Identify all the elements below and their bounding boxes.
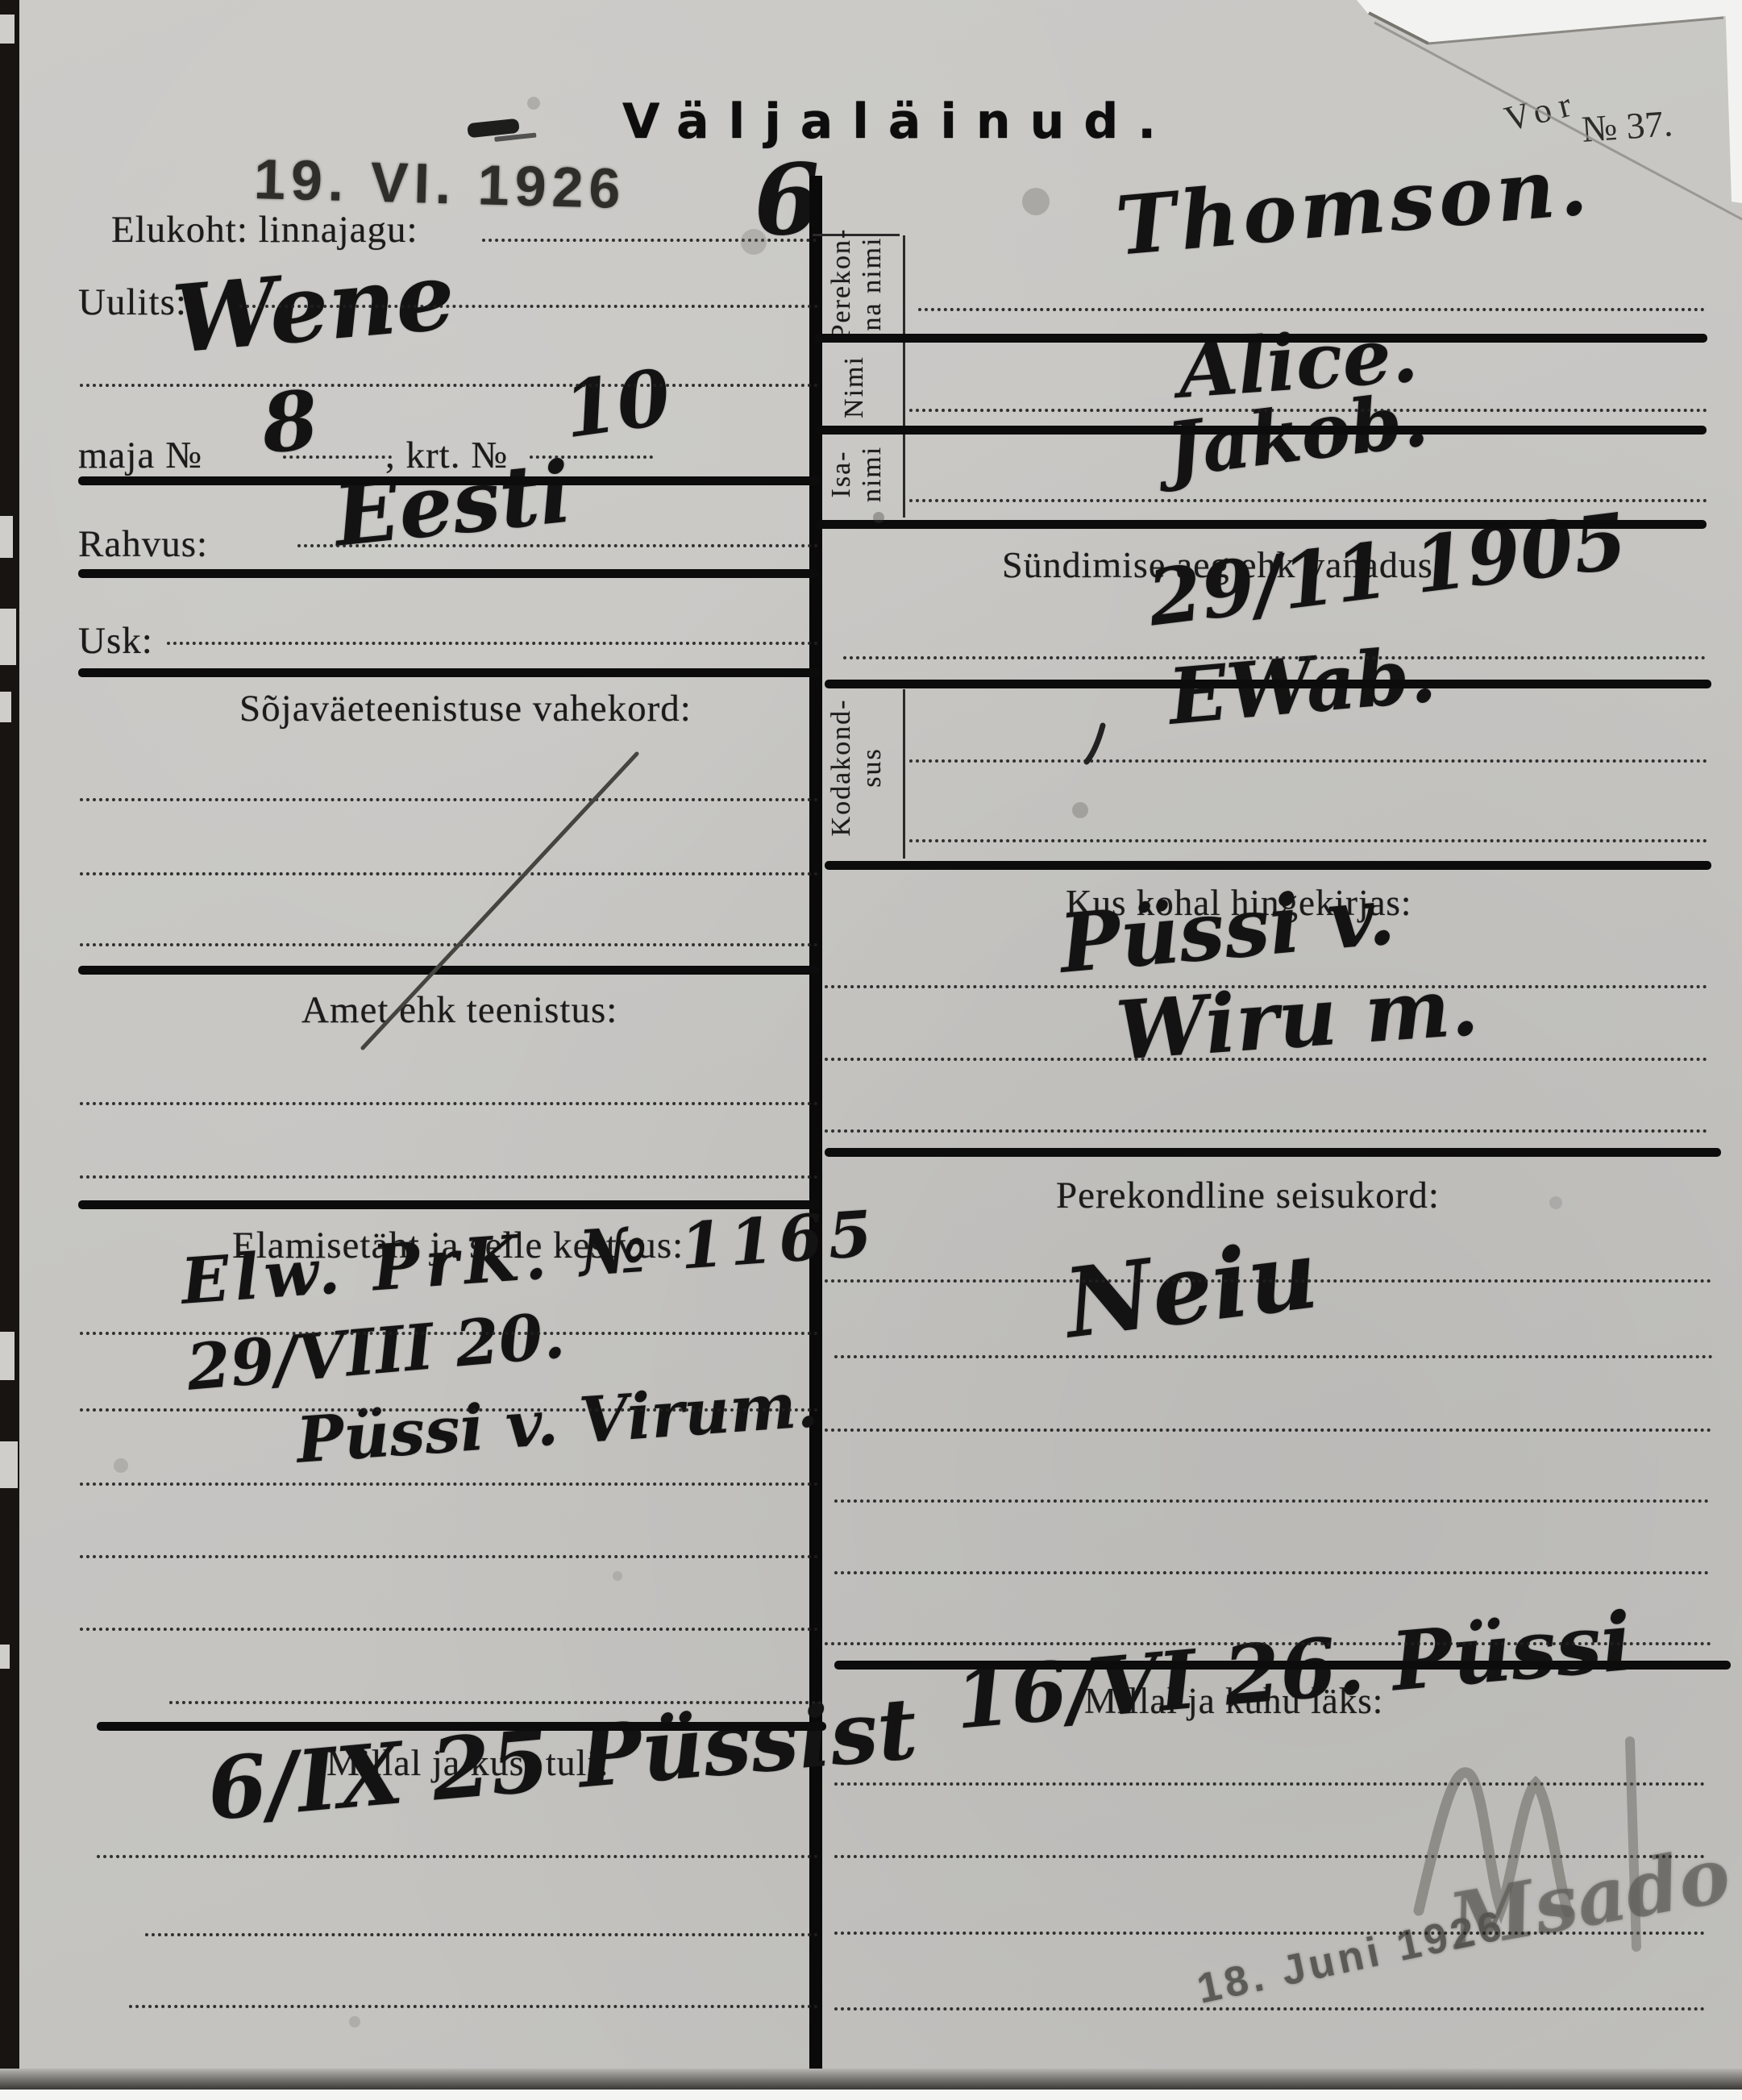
section-heading-sojavaeteenistus: Sõjaväeteenistuse vahekord: xyxy=(239,687,692,730)
pencil-signature: Msado xyxy=(1443,1830,1736,1967)
smudge xyxy=(527,97,540,110)
field-value-krt-nr: 10 xyxy=(558,352,676,455)
smudge xyxy=(1072,802,1088,818)
rule-line xyxy=(78,1200,820,1209)
dotted-line xyxy=(825,1642,1711,1645)
dotted-line xyxy=(834,1571,1709,1574)
dotted-line xyxy=(918,308,1705,311)
dotted-line xyxy=(909,839,1707,842)
rule-line xyxy=(78,668,820,677)
field-value-uulits: Wene xyxy=(168,242,459,375)
dotted-line xyxy=(97,1855,818,1858)
dotted-line xyxy=(843,656,1706,659)
rule-line xyxy=(78,476,820,485)
dotted-line xyxy=(80,798,818,801)
smudge xyxy=(1022,188,1050,215)
field-value-seisukord: Neiu xyxy=(1059,1217,1324,1359)
smudge xyxy=(114,1458,128,1473)
dotted-line xyxy=(80,1482,818,1486)
field-value-millal-laks: 16/VI 26. Püssi xyxy=(951,1594,1636,1748)
torn-notch xyxy=(0,1332,15,1380)
dotted-line xyxy=(80,1628,818,1631)
torn-notch xyxy=(0,1441,18,1488)
rotated-label-kodakondsus: Kodakond- sus xyxy=(825,691,889,844)
dotted-line xyxy=(169,1701,822,1704)
rule-line xyxy=(816,520,1707,529)
dotted-line xyxy=(834,1499,1709,1503)
dotted-line xyxy=(834,1932,1705,1935)
dotted-line xyxy=(297,544,818,547)
rule-line xyxy=(825,680,1711,688)
page-title: Väljaläinud. xyxy=(622,94,1175,150)
torn-notch xyxy=(0,609,16,665)
field-value-perekonnanimi: Thomson. xyxy=(1112,138,1594,274)
torn-notch xyxy=(0,1645,10,1669)
field-value-sundimise-aeg: 29/11 1905 xyxy=(1143,497,1632,644)
dotted-line xyxy=(530,455,653,459)
dotted-line xyxy=(283,455,392,459)
field-label-elukoht: Elukoht: linnajagu: xyxy=(111,208,418,252)
ink-dash-mark xyxy=(467,119,520,139)
form-number: № 37. xyxy=(1580,102,1673,151)
dotted-line xyxy=(909,499,1707,502)
paper-edge-line xyxy=(1428,18,1723,44)
field-value-elamisetaht-1: Elw. PrK. № 1165 xyxy=(179,1197,880,1319)
field-label-usk: Usk: xyxy=(78,619,153,663)
label-rule xyxy=(903,689,905,859)
dotted-line xyxy=(145,1933,818,1936)
scanner-background xyxy=(0,2090,1742,2100)
page-bottom-edge xyxy=(0,2069,1742,2091)
dotted-line xyxy=(834,1782,1705,1786)
dotted-line xyxy=(482,239,817,242)
rule-line xyxy=(78,966,820,975)
smudge xyxy=(613,1571,622,1581)
rule-line xyxy=(816,426,1707,435)
dotted-line xyxy=(80,1175,818,1179)
dotted-line xyxy=(825,1129,1707,1133)
torn-notch xyxy=(0,15,15,44)
ink-comma-mark xyxy=(1087,726,1103,762)
rotated-label-perekonnanimi: Perekon- na nimi xyxy=(825,223,889,344)
section-heading-seisukord: Perekondline seisukord: xyxy=(1056,1174,1440,1217)
dotted-line xyxy=(825,985,1707,988)
rotated-label-nimi: Nimi xyxy=(837,343,872,431)
dotted-line xyxy=(80,1102,818,1105)
form-number-prefix: Vor xyxy=(1500,82,1582,140)
smudge xyxy=(349,2016,360,2027)
rule-line xyxy=(78,569,820,578)
smudge xyxy=(1549,1196,1562,1209)
field-label-rahvus: Rahvus: xyxy=(78,522,208,566)
dotted-line xyxy=(909,409,1707,412)
dotted-line xyxy=(834,2007,1705,2011)
rule-line xyxy=(825,861,1711,870)
paper-edge-line xyxy=(1369,13,1428,44)
dotted-line xyxy=(834,1855,1705,1858)
dotted-line xyxy=(80,384,818,387)
registration-card-scan: Väljaläinud. Vor № 37. 19. VI. 1926 6 El… xyxy=(0,0,1742,2100)
rule-line xyxy=(814,334,1707,343)
binding-edge xyxy=(0,0,19,2100)
rule-line xyxy=(97,1722,826,1731)
dotted-line xyxy=(825,1428,1711,1432)
section-heading-amet: Amet ehk teenistus: xyxy=(301,988,617,1032)
dotted-line xyxy=(167,642,818,645)
label-rule xyxy=(903,235,905,518)
dotted-line xyxy=(80,943,818,946)
dotted-line xyxy=(80,1555,818,1558)
dotted-line xyxy=(239,305,818,308)
dotted-line xyxy=(909,759,1707,763)
dotted-line xyxy=(80,1332,818,1335)
rotated-label-isanimi: Isa- nimi xyxy=(826,434,888,514)
cut-corner-white xyxy=(1357,0,1742,44)
page-edge-white xyxy=(1725,0,1742,203)
torn-notch xyxy=(0,516,13,558)
dotted-line xyxy=(129,2005,818,2008)
rule-line xyxy=(825,1148,1721,1157)
rule-line xyxy=(834,1661,1731,1670)
dotted-line xyxy=(825,1058,1707,1061)
dotted-line xyxy=(80,1408,818,1412)
torn-notch xyxy=(0,692,11,722)
dotted-line xyxy=(825,1279,1711,1283)
field-label-maja-nr: maja № xyxy=(78,434,202,477)
dotted-line xyxy=(80,872,818,875)
dotted-line xyxy=(834,1355,1713,1358)
